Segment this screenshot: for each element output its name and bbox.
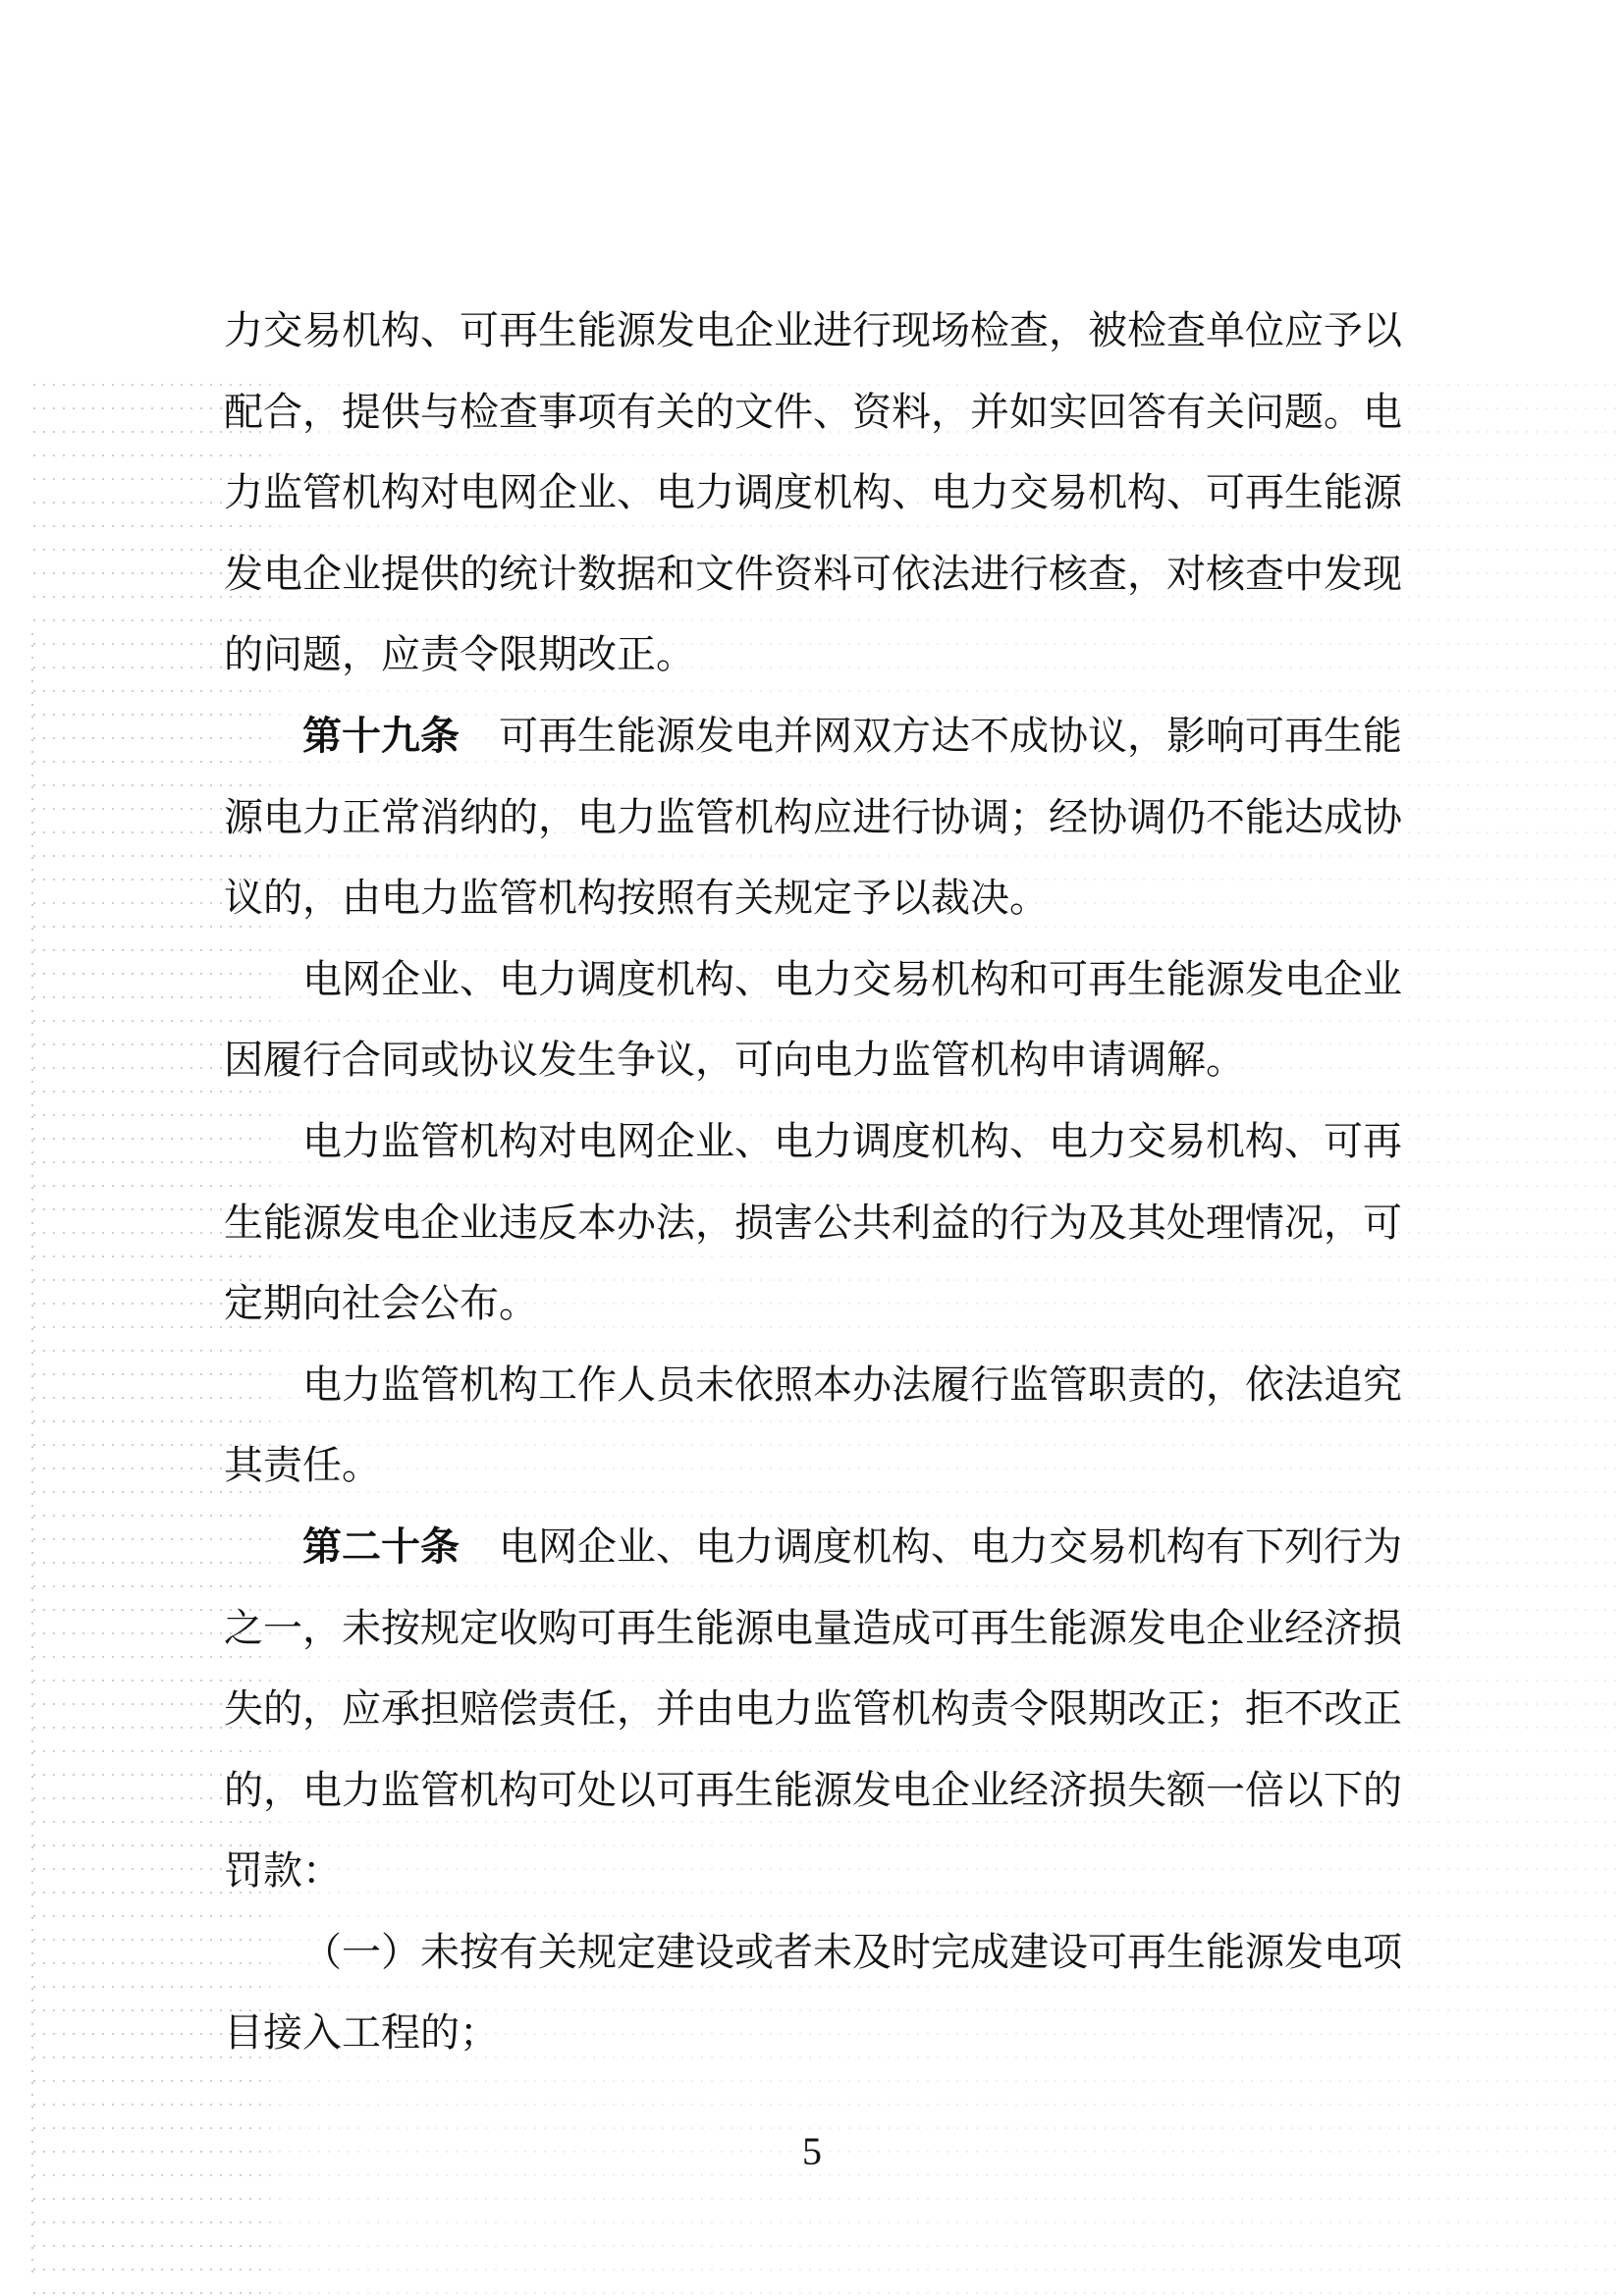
- paragraph-text: 电力监管机构对电网企业、电力调度机构、电力交易机构、可再生能源发电企业违反本办法…: [224, 1119, 1402, 1326]
- paragraph-text: 电力监管机构工作人员未依照本办法履行监管职责的，依法追究其责任。: [224, 1362, 1402, 1489]
- paragraph-item-1: （一）未按有关规定建设或者未及时完成建设可再生能源发电项目接入工程的；: [224, 1912, 1402, 2074]
- paragraph-article-19: 第十九条 可再生能源发电并网双方达不成协议，影响可再生能源电力正常消纳的，电力监…: [224, 696, 1402, 939]
- paragraph-public-disclosure: 电力监管机构对电网企业、电力调度机构、电力交易机构、可再生能源发电企业违反本办法…: [224, 1101, 1402, 1345]
- paragraph-text: 电网企业、电力调度机构、电力交易机构和可再生能源发电企业因履行合同或协议发生争议…: [224, 957, 1402, 1084]
- article-heading: 第十九条: [302, 714, 460, 759]
- paragraph-article-20: 第二十条 电网企业、电力调度机构、电力交易机构有下列行为之一，未按规定收购可再生…: [224, 1507, 1402, 1912]
- paragraph-dispute-mediation: 电网企业、电力调度机构、电力交易机构和可再生能源发电企业因履行合同或协议发生争议…: [224, 939, 1402, 1101]
- page-number: 5: [797, 2128, 827, 2175]
- document-page: 力交易机构、可再生能源发电企业进行现场检查，被检查单位应予以配合，提供与检查事项…: [0, 0, 1624, 2296]
- paragraph-continuation: 力交易机构、可再生能源发电企业进行现场检查，被检查单位应予以配合，提供与检查事项…: [224, 291, 1402, 696]
- paragraph-text: 力交易机构、可再生能源发电企业进行现场检查，被检查单位应予以配合，提供与检查事项…: [224, 308, 1402, 677]
- paragraph-text: （一）未按有关规定建设或者未及时完成建设可再生能源发电项目接入工程的；: [224, 1930, 1402, 2056]
- paragraph-text: 电网企业、电力调度机构、电力交易机构有下列行为之一，未按规定收购可再生能源电量造…: [224, 1524, 1402, 1894]
- paragraph-staff-liability: 电力监管机构工作人员未依照本办法履行监管职责的，依法追究其责任。: [224, 1345, 1402, 1507]
- document-body: 力交易机构、可再生能源发电企业进行现场检查，被检查单位应予以配合，提供与检查事项…: [224, 291, 1402, 2074]
- scan-dotted-margin-line: [31, 628, 33, 2276]
- article-heading: 第二十条: [302, 1524, 460, 1570]
